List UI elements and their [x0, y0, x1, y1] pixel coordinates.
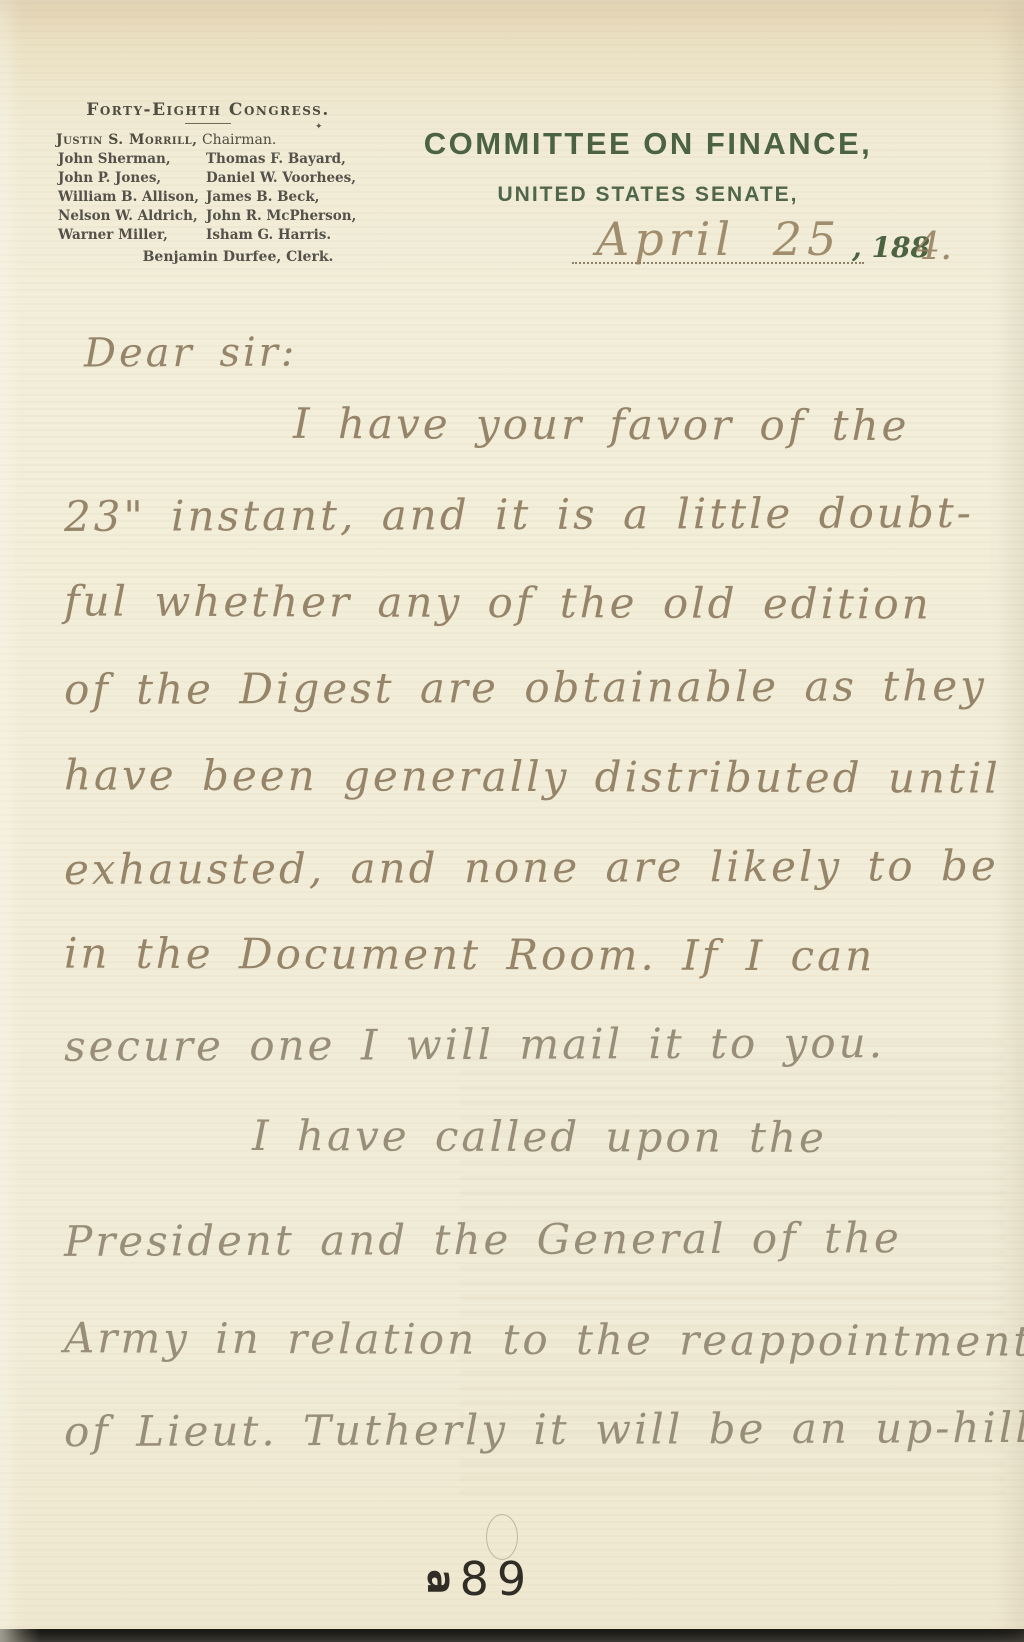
chairman-title: Chairman.	[202, 132, 276, 148]
handwriting-line: in the Document Room. If I can	[64, 929, 875, 981]
handwriting-line: exhausted, and none are likely to be	[64, 841, 999, 894]
archive-stamp: a89	[426, 1552, 534, 1606]
chairman-line: Justin S. Morrill, Chairman.	[56, 132, 368, 148]
member-name: Isham G. Harris.	[206, 227, 368, 243]
handwriting-line: President and the General of the	[64, 1213, 902, 1266]
ink-speck-mark: ✦	[315, 122, 323, 132]
letter-page: Forty-Eighth Congress. Justin S. Morrill…	[0, 0, 1024, 1642]
handwriting-line: 23" instant, and it is a little doubt-	[64, 488, 974, 541]
member-name: Nelson W. Aldrich,	[58, 208, 204, 224]
member-name: William B. Allison,	[58, 189, 204, 205]
congress-title: Forty-Eighth Congress.	[48, 100, 368, 120]
date-year-handwritten: 4.	[916, 224, 952, 268]
handwriting-line: Army in relation to the reappointment	[64, 1313, 1024, 1365]
congress-rule	[185, 123, 231, 124]
handwriting-line: ful whether any of the old edition	[64, 576, 932, 628]
handwriting-line: I have called upon the	[252, 1111, 827, 1162]
handwriting-line: have been generally distributed until	[64, 750, 1001, 802]
handwriting-line: I have your favor of the	[293, 399, 910, 450]
member-name: Thomas F. Bayard,	[206, 151, 368, 167]
stamp-number: 89	[460, 1552, 535, 1606]
stamp-letter: a	[419, 1569, 463, 1603]
handwriting-line: of Lieut. Tutherly it will be an up-hill	[64, 1403, 1024, 1456]
member-name: Daniel W. Voorhees,	[206, 170, 368, 186]
salutation: Dear sir:	[84, 330, 298, 377]
member-name: John P. Jones,	[58, 170, 204, 186]
scan-edge-bar	[0, 1629, 1024, 1642]
senate-line: UNITED STATES SENATE,	[458, 183, 838, 207]
member-name: Warner Miller,	[58, 227, 204, 243]
member-list: John Sherman, Thomas F. Bayard, John P. …	[58, 151, 368, 243]
handwriting-line: of the Digest are obtainable as they	[64, 661, 987, 714]
chairman-name: Justin S. Morrill,	[56, 132, 198, 148]
handwriting-line: secure one I will mail it to you.	[64, 1018, 885, 1071]
date-handwritten: April 25	[596, 212, 841, 266]
member-name: John Sherman,	[58, 151, 204, 167]
clerk-line: Benjamin Durfee, Clerk.	[48, 249, 368, 265]
committee-title: COMMITTEE ON FINANCE,	[408, 126, 888, 162]
member-name: James B. Beck,	[206, 189, 368, 205]
member-name: John R. McPherson,	[206, 208, 368, 224]
